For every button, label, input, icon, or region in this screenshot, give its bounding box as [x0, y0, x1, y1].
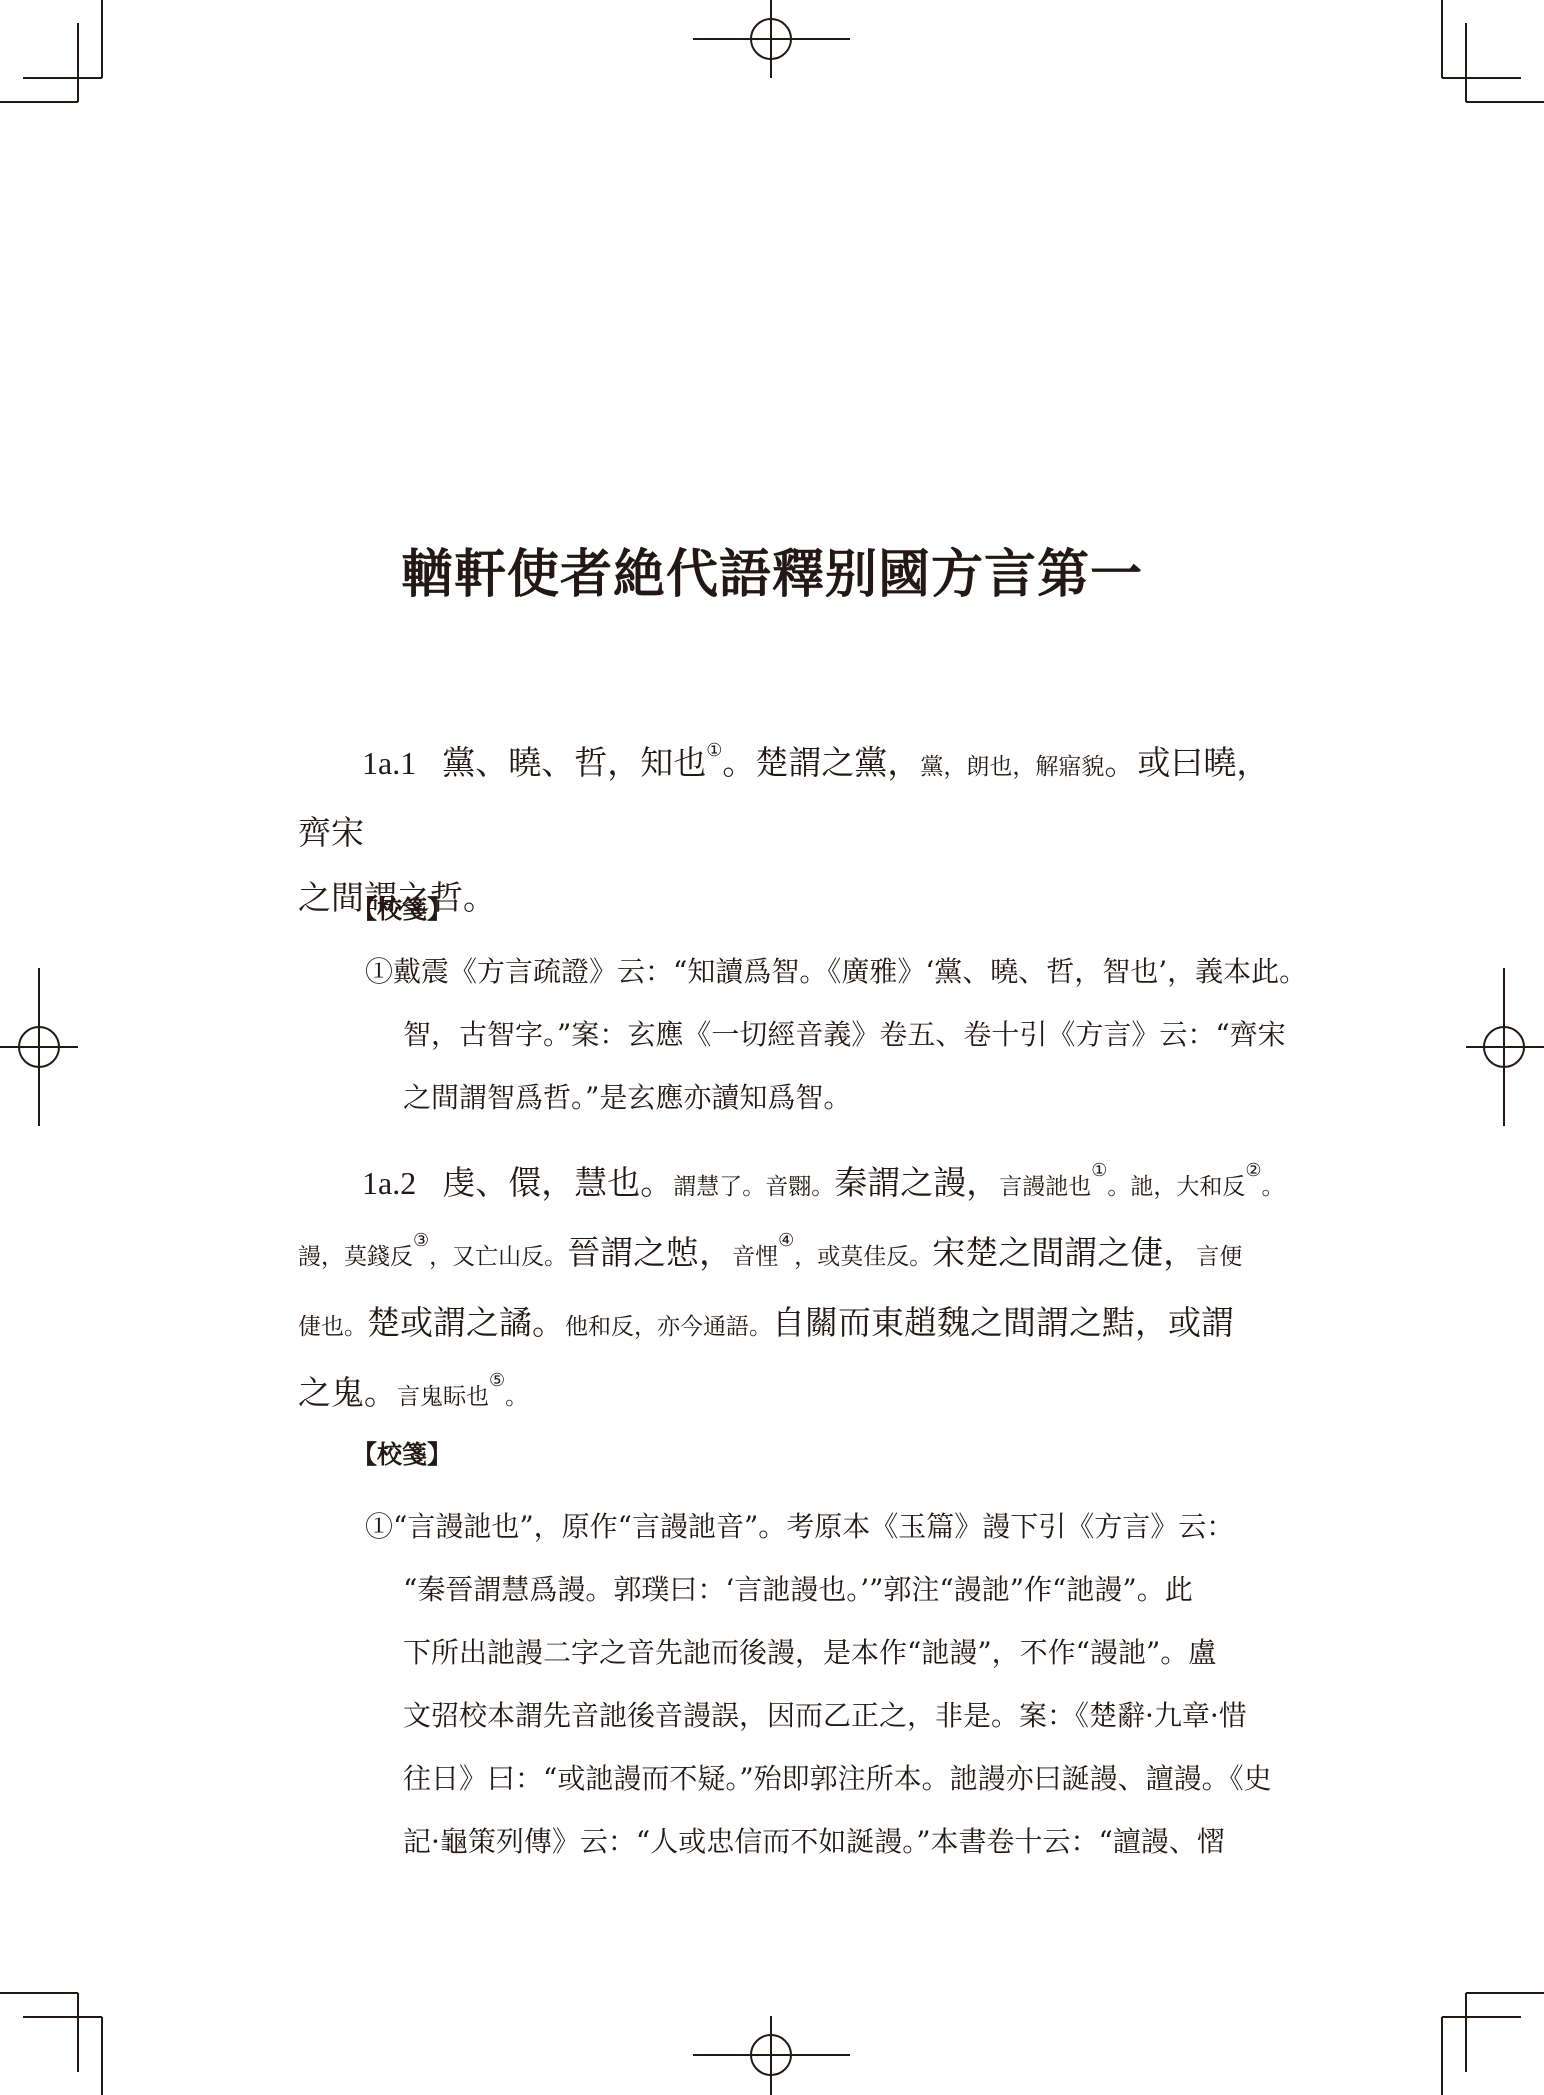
commentary-text: 。訑，大和反 [1107, 1174, 1245, 1200]
commentary-text: 言謾訑也 [999, 1174, 1091, 1200]
entry-text: 宋楚之間謂之倢， [932, 1233, 1196, 1272]
footnote-ref-1[interactable]: ① [1091, 1160, 1107, 1181]
notes-heading: 【校箋】 [352, 1435, 452, 1471]
chapter-title: 輶軒使者絶代語釋别國方言第一 [0, 540, 1544, 610]
entry-number: 1a.2 [362, 1165, 416, 1201]
note-1a1-1: ①戴震《方言疏證》云：“知讀爲智。《廣雅》‘黨、曉、哲，智也’，義本此。 智，古… [365, 940, 1290, 1129]
note-line: 記·龜策列傳》云：“人或忠信而不如誕謾。”本書卷十云：“譠謾、慴 [365, 1810, 1290, 1873]
entry-1a2: 1a.2虔、儇，慧也。謂慧了。音翾。秦謂之謾，言謾訑也①。訑，大和反②。 謾，莫… [298, 1150, 1288, 1430]
entry-text: 。楚謂之黨， [722, 743, 920, 782]
note-line: 文弨校本謂先音訑後音謾誤，因而乙正之，非是。案：《楚辭·九章·惜 [365, 1684, 1290, 1747]
footnote-ref-4[interactable]: ④ [778, 1230, 794, 1251]
note-line: ①“言謾訑也”，原作“言謾訑音”。考原本《玉篇》謾下引《方言》云： [365, 1495, 1290, 1558]
footnote-ref-5[interactable]: ⑤ [489, 1370, 505, 1391]
entry-text: 自關而東趙魏之間謂之黠，或謂 [772, 1303, 1234, 1342]
commentary-text: 倢也。 [298, 1314, 367, 1340]
entry-number: 1a.1 [362, 745, 416, 781]
commentary-text: 他和反，亦今通語。 [565, 1314, 772, 1340]
note-line: 之間謂智爲哲。”是玄應亦讀知爲智。 [365, 1066, 1290, 1129]
note-line: ①戴震《方言疏證》云：“知讀爲智。《廣雅》‘黨、曉、哲，智也’，義本此。 [365, 940, 1290, 1003]
entry-text: 虔、儇，慧也。 [442, 1163, 673, 1202]
note-line: “秦晉謂慧爲謾。郭璞曰：‘言訑謾也。’”郭注“謾訑”作“訑謾”。此 [365, 1558, 1290, 1621]
commentary-text: 。 [1261, 1174, 1284, 1200]
entry-text: 楚或謂之譎。 [367, 1303, 565, 1342]
notes-heading: 【校箋】 [352, 890, 452, 926]
entry-text: 之鬼。 [298, 1373, 397, 1412]
commentary-text: 言鬼眎也 [397, 1384, 489, 1410]
note-line: 智，古智字。”案：玄應《一切經音義》卷五、卷十引《方言》云：“齊宋 [365, 1003, 1290, 1066]
note-1a2-1: ①“言謾訑也”，原作“言謾訑音”。考原本《玉篇》謾下引《方言》云： “秦晉謂慧爲… [365, 1495, 1290, 1873]
commentary-text: ，又亡山反。 [429, 1244, 567, 1270]
entry-text: 晉謂之㥈， [567, 1233, 732, 1272]
commentary-text: 謂慧了。音翾。 [673, 1174, 834, 1200]
commentary-text: ，或莫佳反。 [794, 1244, 932, 1270]
note-line: 往日》曰：“或訑謾而不疑。”殆即郭注所本。訑謾亦曰誕謾、譠謾。《史 [365, 1747, 1290, 1810]
commentary-text: 黨，朗也，解寤貌 [920, 754, 1104, 780]
note-line: 下所出訑謾二字之音先訑而後謾，是本作“訑謾”，不作“謾訑”。盧 [365, 1621, 1290, 1684]
footnote-ref-1[interactable]: ① [706, 740, 722, 761]
footnote-ref-3[interactable]: ③ [413, 1230, 429, 1251]
entry-text: 黨、曉、哲，知也 [442, 743, 706, 782]
commentary-text: 。 [505, 1384, 528, 1410]
footnote-ref-2[interactable]: ② [1245, 1160, 1261, 1181]
entry-text: 秦謂之謾， [834, 1163, 999, 1202]
commentary-text: 謾，莫錢反 [298, 1244, 413, 1270]
commentary-text: 音悝 [732, 1244, 778, 1270]
commentary-text: 言便 [1196, 1244, 1242, 1270]
